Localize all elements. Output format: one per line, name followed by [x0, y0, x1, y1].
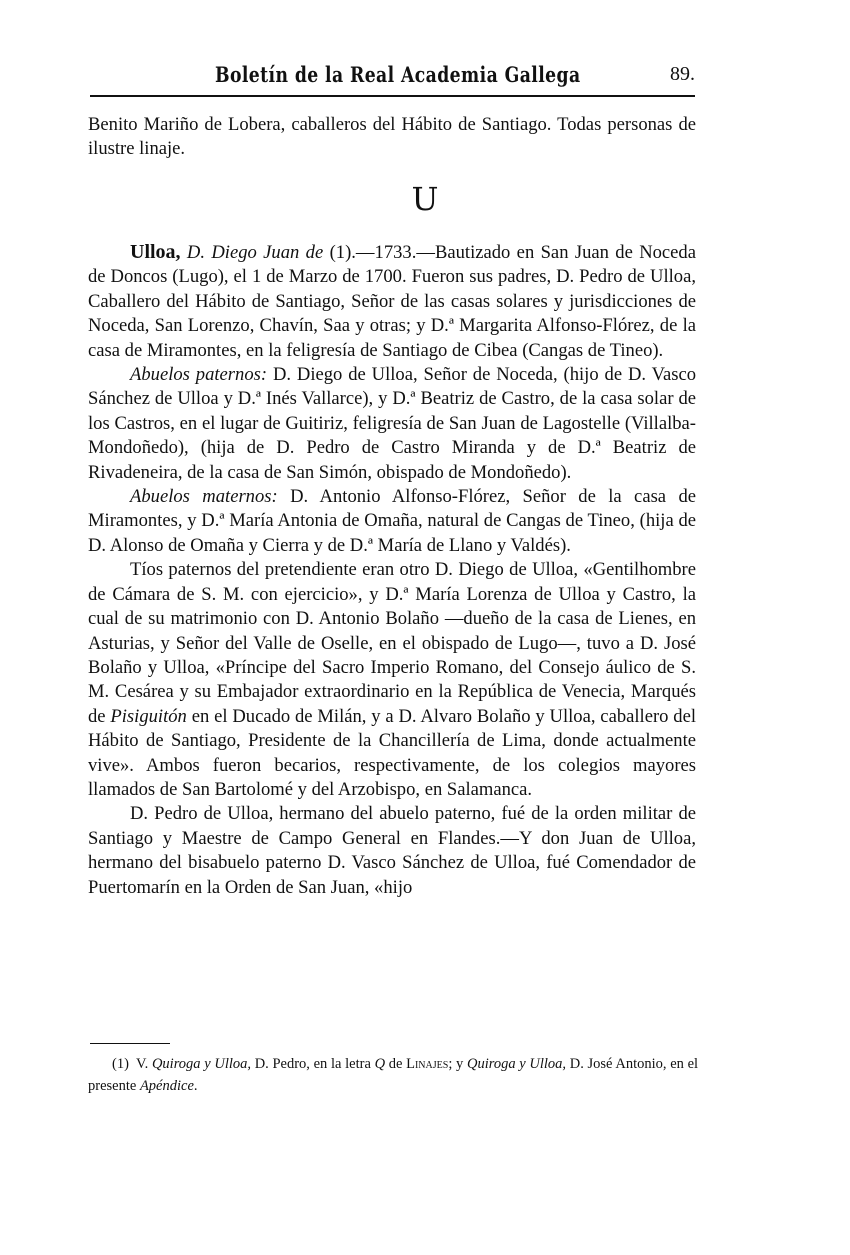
footnote-text: D. Pedro, en la letra	[255, 1056, 371, 1072]
footnote-citation: Quiroga y Ulloa,	[152, 1056, 251, 1072]
entry-name: Ulloa,	[130, 241, 181, 263]
intro-paragraph: Benito Mariño de Lobera, caballeros del …	[88, 113, 696, 162]
footnote-text: V.	[136, 1056, 148, 1072]
footnote-citation: Quiroga y Ulloa,	[467, 1056, 566, 1072]
maternal-grandparents-paragraph: Abuelos maternos: D. Antonio Alfonso-Fló…	[88, 485, 696, 558]
page-number: 89.	[670, 63, 695, 86]
entry-body: Ulloa, D. Diego Juan de (1).—1733.—Bauti…	[88, 240, 696, 900]
footnote-text: ; y	[448, 1056, 463, 1072]
paternal-grandparents-paragraph: Abuelos paternos: D. Diego de Ulloa, Señ…	[88, 363, 696, 485]
running-title: Boletín de la Real Academia Gallega	[215, 62, 581, 87]
italic-place: Pisiguitón	[110, 706, 186, 727]
footnote-appendix: Apéndice	[140, 1078, 194, 1094]
paragraph-label: Abuelos paternos:	[130, 364, 267, 385]
footnote-letter: Q	[375, 1056, 385, 1072]
footnote-section: Linajes	[406, 1056, 448, 1072]
paragraph-text: D. Pedro de Ulloa, hermano del abuelo pa…	[88, 803, 696, 897]
pedro-paragraph: D. Pedro de Ulloa, hermano del abuelo pa…	[88, 802, 696, 900]
header-rule	[90, 95, 695, 97]
footnote-text: .	[194, 1078, 198, 1094]
footnote-reference[interactable]: (1).	[330, 242, 356, 263]
footnote-marker: (1)	[88, 1056, 129, 1072]
footnote-text: de	[389, 1056, 403, 1072]
entry-given-name: D. Diego Juan de	[187, 242, 323, 263]
scanned-page: Boletín de la Real Academia Gallega 89. …	[0, 0, 850, 1255]
footnote: (1) V. Quiroga y Ulloa, D. Pedro, en la …	[88, 1053, 698, 1097]
running-head: Boletín de la Real Academia Gallega 89.	[90, 60, 695, 90]
entry-paragraph: Ulloa, D. Diego Juan de (1).—1733.—Bauti…	[88, 240, 696, 363]
paternal-uncles-paragraph: Tíos paternos del pretendiente eran otro…	[88, 558, 696, 802]
paragraph-label: Abuelos maternos:	[130, 486, 278, 507]
paragraph-text: Tíos paternos del pretendiente eran otro…	[88, 559, 696, 726]
intro-text: Benito Mariño de Lobera, caballeros del …	[88, 113, 696, 162]
section-letter: U	[0, 180, 850, 218]
footnote-rule	[90, 1043, 170, 1044]
